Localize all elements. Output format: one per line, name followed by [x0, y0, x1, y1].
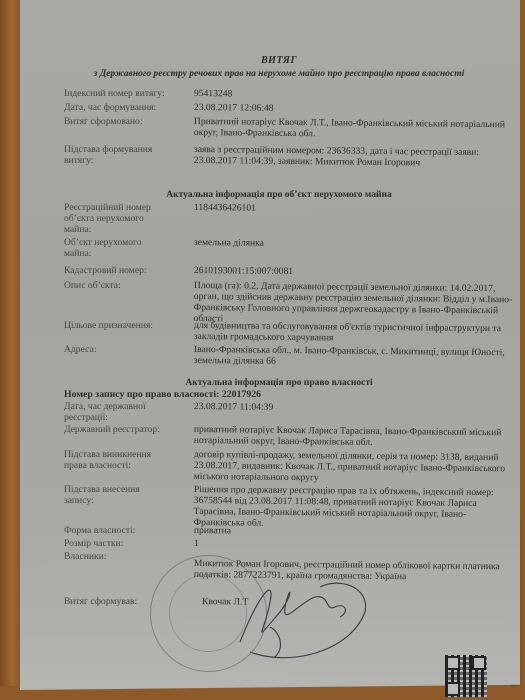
field-index-number: Індексний номер витягу: 95413248	[64, 88, 514, 99]
field-value: Івано-Франківська обл., м. Івано-Франків…	[194, 344, 514, 369]
field-label: Дата, час формування:	[64, 102, 194, 113]
field-cadastral-number: Кадастровий номер: 2610193001:15:007:008…	[64, 265, 514, 276]
signature-icon	[220, 572, 370, 662]
qr-code-icon	[445, 655, 487, 697]
wooden-table-left	[0, 0, 20, 700]
field-label: Цільове призначення:	[64, 320, 194, 342]
field-record-basis: Підстава внесення запису: Рішення про де…	[64, 484, 514, 528]
field-value: приватний нотаріус Квочак Лариса Тарасів…	[194, 424, 514, 449]
field-formation-date: Дата, час формування: 23.08.2017 12:06:4…	[64, 102, 514, 113]
field-label: Підстава внесення запису:	[64, 484, 154, 528]
field-registrar: Державний реєстратор: приватний нотаріус…	[64, 424, 514, 446]
qr-finder	[446, 656, 460, 670]
field-value: 1184436426101	[194, 202, 514, 238]
field-ownership-form: Форма власності: приватна	[64, 525, 514, 536]
field-property-object: Об’єкт нерухомого майна: земельна ділянк…	[64, 237, 514, 259]
field-label: Індексний номер витягу:	[64, 88, 194, 99]
field-value: для будівництва та обслуговування об'єкт…	[194, 320, 514, 345]
document-subtitle: з Державного реєстру речових прав на нер…	[44, 69, 514, 80]
field-label: Підстава виникнення права власності:	[64, 449, 159, 482]
field-formed-by: Витяг сформовано: Приватний нотаріус Кво…	[64, 116, 514, 138]
field-value: Приватний нотаріус Квочак Л.Т., Івано-Фр…	[194, 116, 514, 141]
record-number-value: 22017926	[222, 389, 261, 400]
field-label: Адреса:	[64, 344, 194, 366]
field-label: Кадастровий номер:	[64, 265, 194, 276]
field-registration-number: Реєстраційний номер об’єкта нерухомого м…	[64, 202, 514, 235]
record-number-line: Номер запису про право власності: 220179…	[64, 389, 261, 400]
record-number-label: Номер запису про право власності:	[64, 389, 219, 400]
field-share-size: Розмір частки: 1	[64, 538, 514, 549]
qr-finder	[446, 682, 460, 696]
field-label: Форма власності:	[64, 525, 194, 536]
field-value: договір купівлі-продажу, земельної ділян…	[194, 449, 514, 485]
property-section-heading: Актуальна інформація про об’єкт нерухомо…	[44, 190, 514, 201]
field-address: Адреса: Івано-Франківська обл., м. Івано…	[64, 344, 514, 366]
field-value: земельна ділянка	[194, 237, 514, 262]
field-label: Витяг сформовано:	[64, 116, 194, 138]
field-ownership-basis: Підстава виникнення права власності: дог…	[64, 449, 514, 482]
field-label: Розмір частки:	[64, 538, 194, 549]
field-label: Державний реєстратор:	[64, 424, 194, 446]
field-object-description: Опис об’єкта: Площа (га): 0.2, Дата держ…	[64, 280, 514, 324]
field-label: Реєстраційний номер об’єкта нерухомого м…	[64, 202, 159, 235]
field-value: 23.08.2017 11:04:39	[194, 401, 514, 426]
field-registration-date: Дата, час державної реєстрації: 23.08.20…	[64, 401, 514, 423]
field-label: Об’єкт нерухомого майна:	[64, 237, 159, 259]
qr-finder	[472, 656, 486, 670]
ownership-section-heading: Актуальна інформація про право власності	[44, 378, 514, 389]
field-value: заява з реєстраційним номером: 23636333,…	[194, 144, 514, 169]
document-title: ВИТЯГ	[44, 55, 514, 66]
field-formation-basis: Підстава формування витягу: заява з реєс…	[64, 144, 514, 166]
field-purpose: Цільове призначення: для будівництва та …	[64, 320, 514, 342]
field-label: Опис об’єкта:	[64, 280, 194, 324]
field-label: Дата, час державної реєстрації:	[64, 401, 154, 423]
field-label: Підстава формування витягу:	[64, 144, 174, 166]
